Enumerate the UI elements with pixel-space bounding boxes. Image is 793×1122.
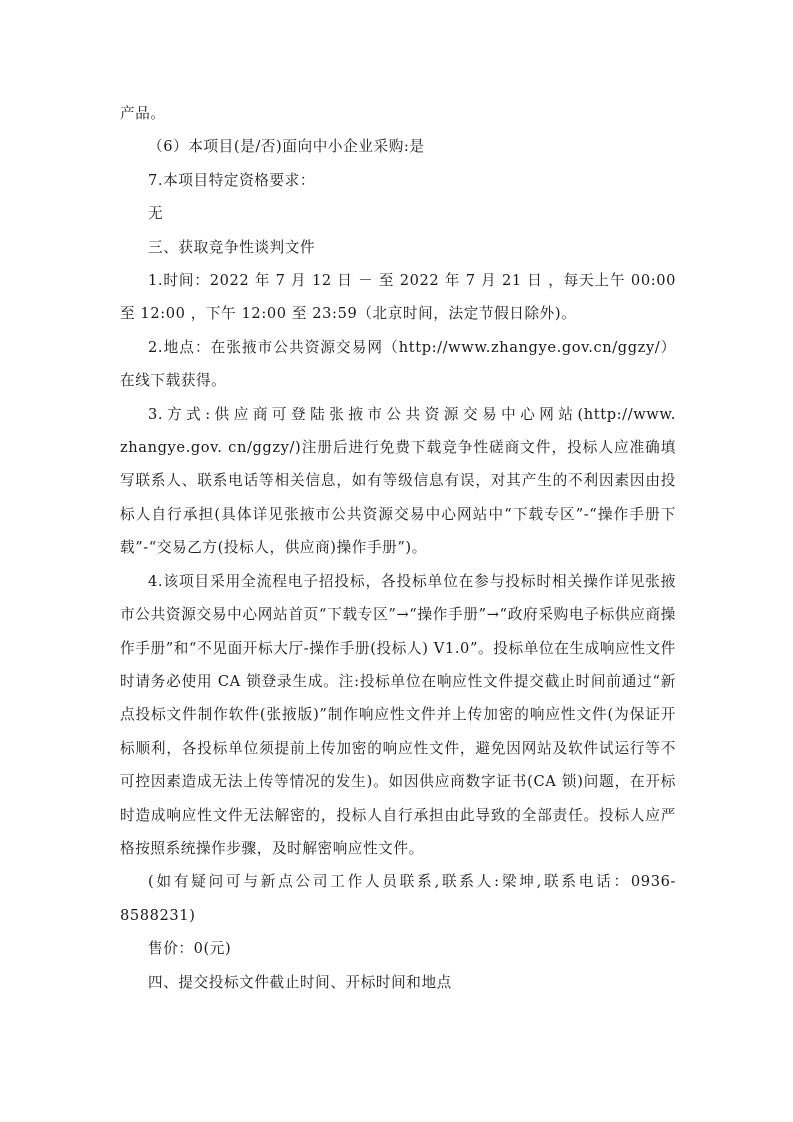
paragraph-price: 售价：0(元) bbox=[120, 932, 676, 965]
paragraph-sme-procurement: （6）本项目(是/否)面向中小企业采购:是 bbox=[120, 130, 676, 163]
paragraph-specific-qualification-heading: 7.本项目特定资格要求： bbox=[120, 164, 676, 197]
section-heading-submission-deadline: 四、提交投标文件截止时间、开标时间和地点 bbox=[120, 966, 676, 999]
paragraph-electronic-bidding: 4.该项目采用全流程电子招投标，各投标单位在参与投标时相关操作详见张掖市公共资源… bbox=[120, 565, 676, 866]
paragraph-method: 3.方式:供应商可登陆张掖市公共资源交易中心网站(http://www. zha… bbox=[120, 398, 676, 565]
document-page: 产品。 （6）本项目(是/否)面向中小企业采购:是 7.本项目特定资格要求： 无… bbox=[120, 97, 676, 999]
paragraph-location: 2.地点：在张掖市公共资源交易网（http://www.zhangye.gov.… bbox=[120, 331, 676, 398]
paragraph-product-end: 产品。 bbox=[120, 97, 676, 130]
paragraph-time: 1.时间：2022 年 7 月 12 日 － 至 2022 年 7 月 21 日… bbox=[120, 264, 676, 331]
paragraph-specific-qualification-value: 无 bbox=[120, 197, 676, 230]
section-heading-obtain-documents: 三、获取竞争性谈判文件 bbox=[120, 231, 676, 264]
paragraph-contact-info: (如有疑问可与新点公司工作人员联系,联系人:梁坤,联系电话：0936-85882… bbox=[120, 865, 676, 932]
